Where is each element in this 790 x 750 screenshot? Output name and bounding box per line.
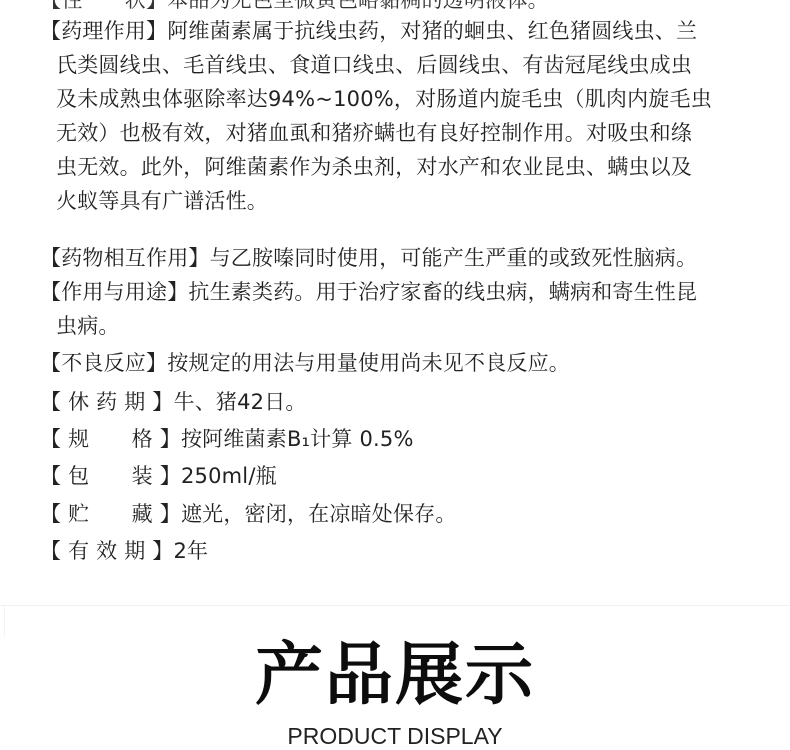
- spec-line-pharmacology-cont: 无效）也极有效，对猪血虱和猪疥螨也有良好控制作用。对吸虫和绦: [56, 120, 692, 146]
- spec-line-pharmacology-cont: 火蚁等具有广谱活性。: [56, 188, 268, 214]
- spec-line-indications: 【作用与用途】抗生素类药。用于治疗家畜的线虫病，螨病和寄生性昆: [40, 279, 697, 305]
- spec-line-storage: 【 贮 藏 】遮光，密闭，在凉暗处保存。: [40, 501, 457, 527]
- spec-line-drug-interactions: 【药物相互作用】与乙胺嗪同时使用，可能产生严重的或致死性脑病。: [40, 245, 697, 271]
- spec-line-shelf-life: 【 有 效 期 】2年: [40, 538, 208, 564]
- spec-line-packaging: 【 包 装 】250ml/瓶: [40, 463, 277, 489]
- spec-line-withdrawal-period: 【 休 药 期 】牛、猪42日。: [40, 389, 307, 415]
- spec-line-pharmacology-cont: 氏类圆线虫、毛首线虫、食道口线虫、后圆线虫、有齿冠尾线虫成虫: [56, 52, 692, 78]
- spec-line-pharmacology-cont: 虫无效。此外，阿维菌素作为杀虫剂，对水产和农业昆虫、螨虫以及: [56, 154, 692, 180]
- heading-title-en: PRODUCT DISPLAY: [0, 722, 790, 750]
- spec-line-adverse-reactions: 【不良反应】按规定的用法与用量使用尚未见不良反应。: [40, 350, 570, 376]
- spec-line-pharmacology: 【药理作用】阿维菌素属于抗线虫药，对猪的蛔虫、红色猪圆线虫、兰: [40, 18, 697, 44]
- spec-line-indications-cont: 虫病。: [56, 313, 120, 339]
- spec-line-specification: 【 规 格 】按阿维菌素B₁计算 0.5%: [40, 426, 414, 452]
- heading-title-cn: 产品展示: [0, 636, 790, 716]
- section-divider-edge: [4, 606, 5, 636]
- section-divider: [0, 605, 790, 606]
- spec-line-appearance: 【性 状】本品为无色至微黄色略黏稠的透明液体。: [40, 0, 549, 13]
- spec-line-pharmacology-cont: 及未成熟虫体驱除率达94%~100%，对肠道内旋毛虫（肌肉内旋毛虫: [56, 86, 712, 112]
